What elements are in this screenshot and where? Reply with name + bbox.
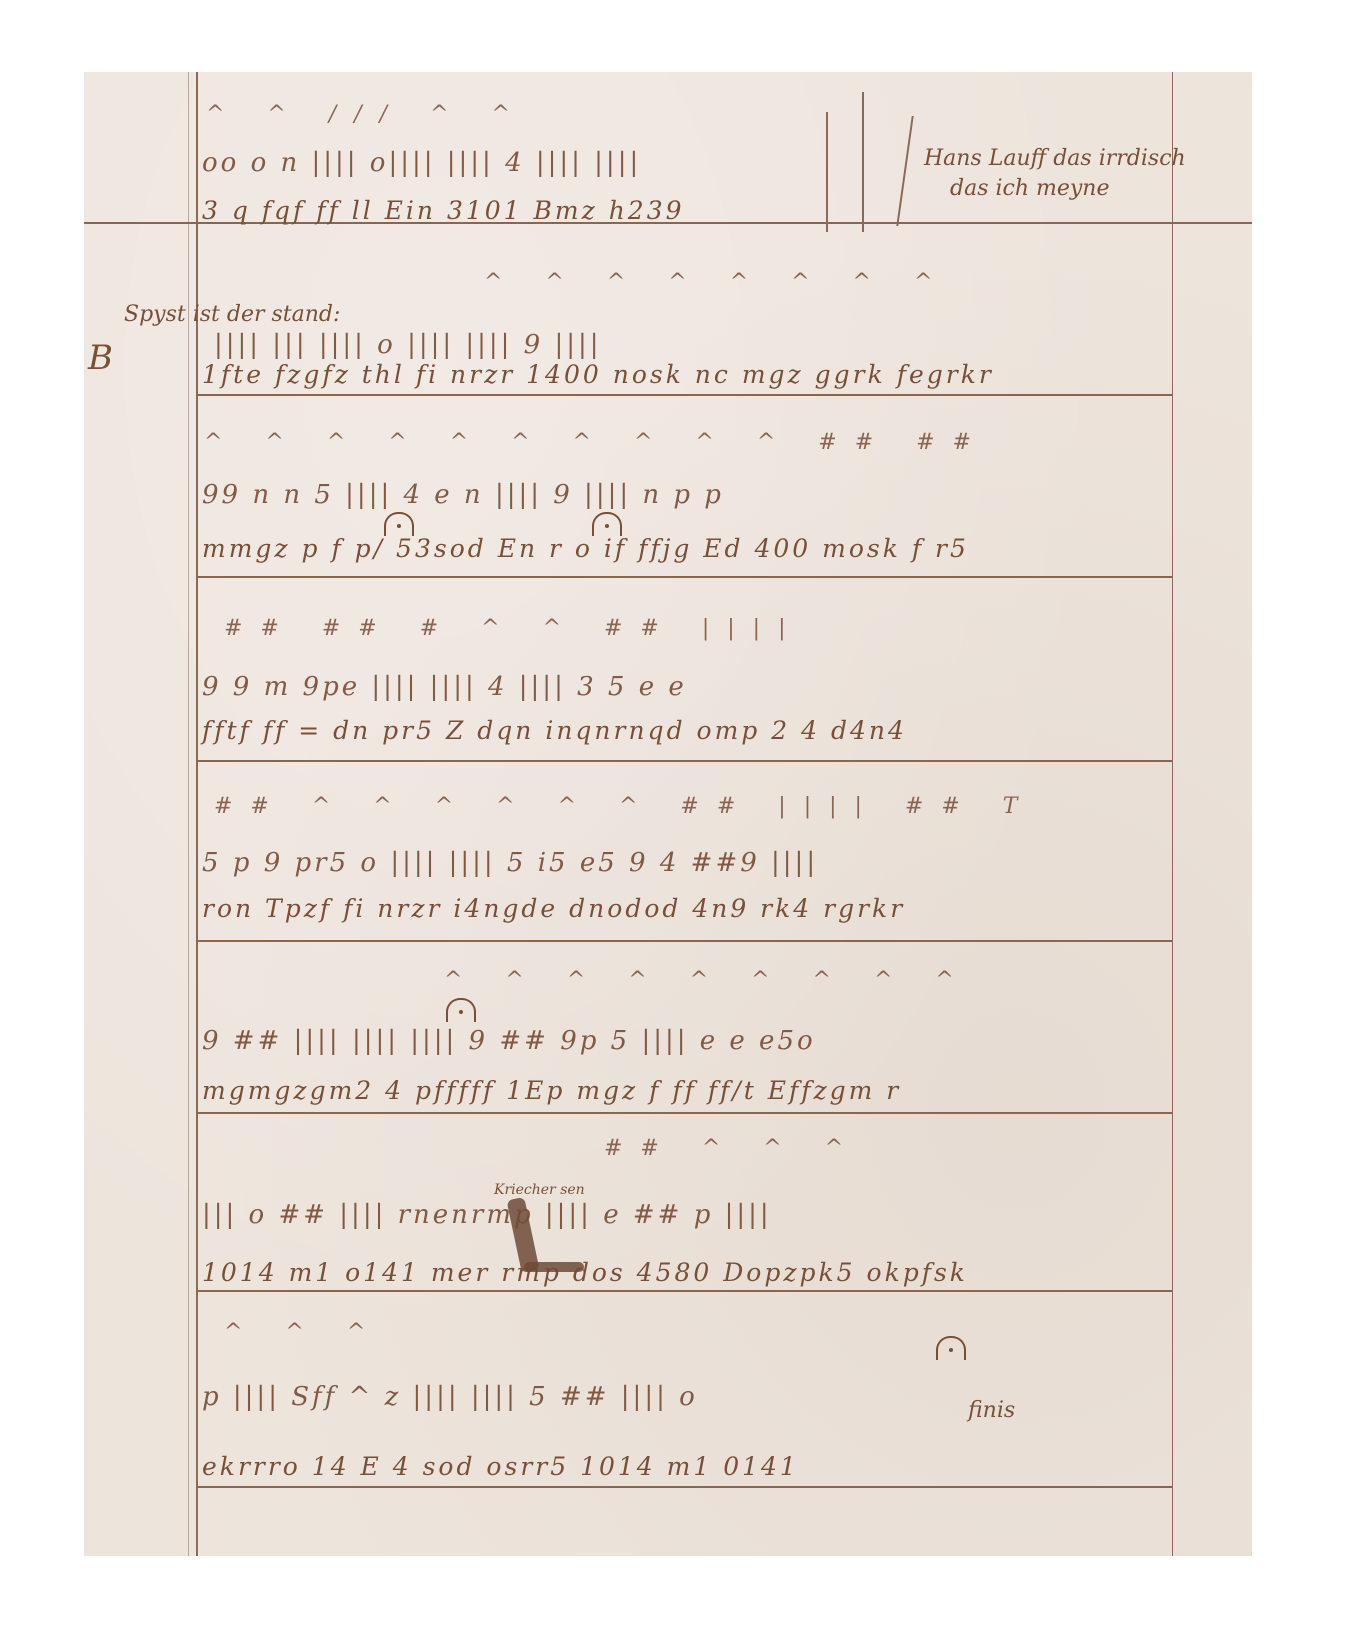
tablature-row: ||| o ## |||| rnenrmp |||| e ## p |||| — [202, 1200, 772, 1230]
manuscript-page: ^ ^ /// ^ ^ oo o n |||| o|||| |||| 4 |||… — [84, 72, 1252, 1556]
tablature-row: 9 9 m 9pe |||| |||| 4 |||| 3 5 e e — [202, 672, 687, 702]
fermata-icon — [592, 512, 622, 536]
rule-7 — [196, 1290, 1172, 1292]
finis-marker: finis — [968, 1398, 1015, 1423]
rhythm-signs: ^ ^ /// ^ ^ — [206, 102, 528, 127]
fermata-icon — [384, 512, 414, 536]
rhythm-signs: ^ ^ ^ ^ ^ ^ ^ ^ ^ ^ ## ## — [204, 430, 989, 455]
bass-row: mmgz p f p/ 53sod En r o if ffjg Ed 400 … — [202, 534, 969, 563]
tablature-row: p |||| Sff ^ z |||| |||| 5 ## |||| o — [202, 1382, 698, 1412]
rhythm-signs: ^ ^ ^ — [224, 1320, 383, 1345]
fermata-icon — [446, 998, 476, 1022]
barline — [826, 112, 828, 232]
rhythm-signs: ^ ^ ^ ^ ^ ^ ^ ^ — [484, 270, 950, 295]
bass-row: ron Tpzf fi nrzr i4ngde dnodod 4n9 rk4 r… — [202, 894, 905, 923]
left-outer-rule — [188, 72, 189, 1556]
section-heading: Spyst ist der stand: — [124, 302, 340, 327]
tablature-row: oo o n |||| o|||| |||| 4 |||| |||| — [202, 148, 641, 178]
bass-row: mgmgzgm2 4 pfffff 1Ep mgz f ff ff/t Effz… — [202, 1076, 901, 1105]
right-margin-rule — [1172, 72, 1173, 1556]
fermata-icon — [936, 1336, 966, 1360]
bass-row: 1fte fzgfz thl fi nrzr 1400 nosk nc mgz … — [202, 360, 994, 389]
margin-letter: B — [88, 338, 113, 378]
rhythm-signs: ^ ^ ^ ^ ^ ^ ^ ^ ^ — [444, 968, 972, 993]
rhythm-signs: ## ^ ^ ^ ^ ^ ^ ## |||| ## T — [214, 794, 1035, 819]
barline — [862, 92, 864, 232]
song-title-line-2: das ich meyne — [950, 176, 1110, 201]
rhythm-signs: ## ^ ^ ^ — [604, 1136, 861, 1161]
rule-6 — [196, 1112, 1172, 1114]
tablature-row: 5 p 9 pr5 o |||| |||| 5 i5 e5 9 4 ##9 ||… — [202, 848, 818, 878]
ink-blot — [524, 1262, 584, 1272]
tablature-row: 99 n n 5 |||| 4 e n |||| 9 |||| n p p — [202, 480, 724, 510]
rhythm-signs: ## ## # ^ ^ ## |||| — [224, 616, 804, 641]
bass-row: ekrrro 14 E 4 sod osrr5 1014 m1 0141 — [202, 1452, 799, 1481]
inline-annotation: Kriecher sen — [494, 1182, 585, 1198]
song-title-line-1: Hans Lauff das irrdisch — [924, 146, 1186, 171]
rule-2 — [196, 394, 1172, 396]
tablature-row: 9 ## |||| |||| |||| 9 ## 9p 5 |||| e e e… — [202, 1026, 816, 1056]
rule-4 — [196, 760, 1172, 762]
left-margin-rule — [196, 72, 198, 1556]
bass-row: 3 q fqf ff ll Ein 3101 Bmz h239 — [202, 196, 685, 225]
bass-row: 1014 m1 o141 mer rmp dos 4580 Dopzpk5 ok… — [202, 1258, 968, 1287]
bass-row: fftf ff = dn pr5 Z dqn inqnrnqd omp 2 4 … — [202, 716, 907, 745]
rule-5 — [196, 940, 1172, 942]
barline — [896, 116, 913, 226]
rule-8 — [196, 1486, 1172, 1488]
rule-3 — [196, 576, 1172, 578]
tablature-row: |||| ||| |||| o |||| |||| 9 |||| — [214, 330, 602, 360]
